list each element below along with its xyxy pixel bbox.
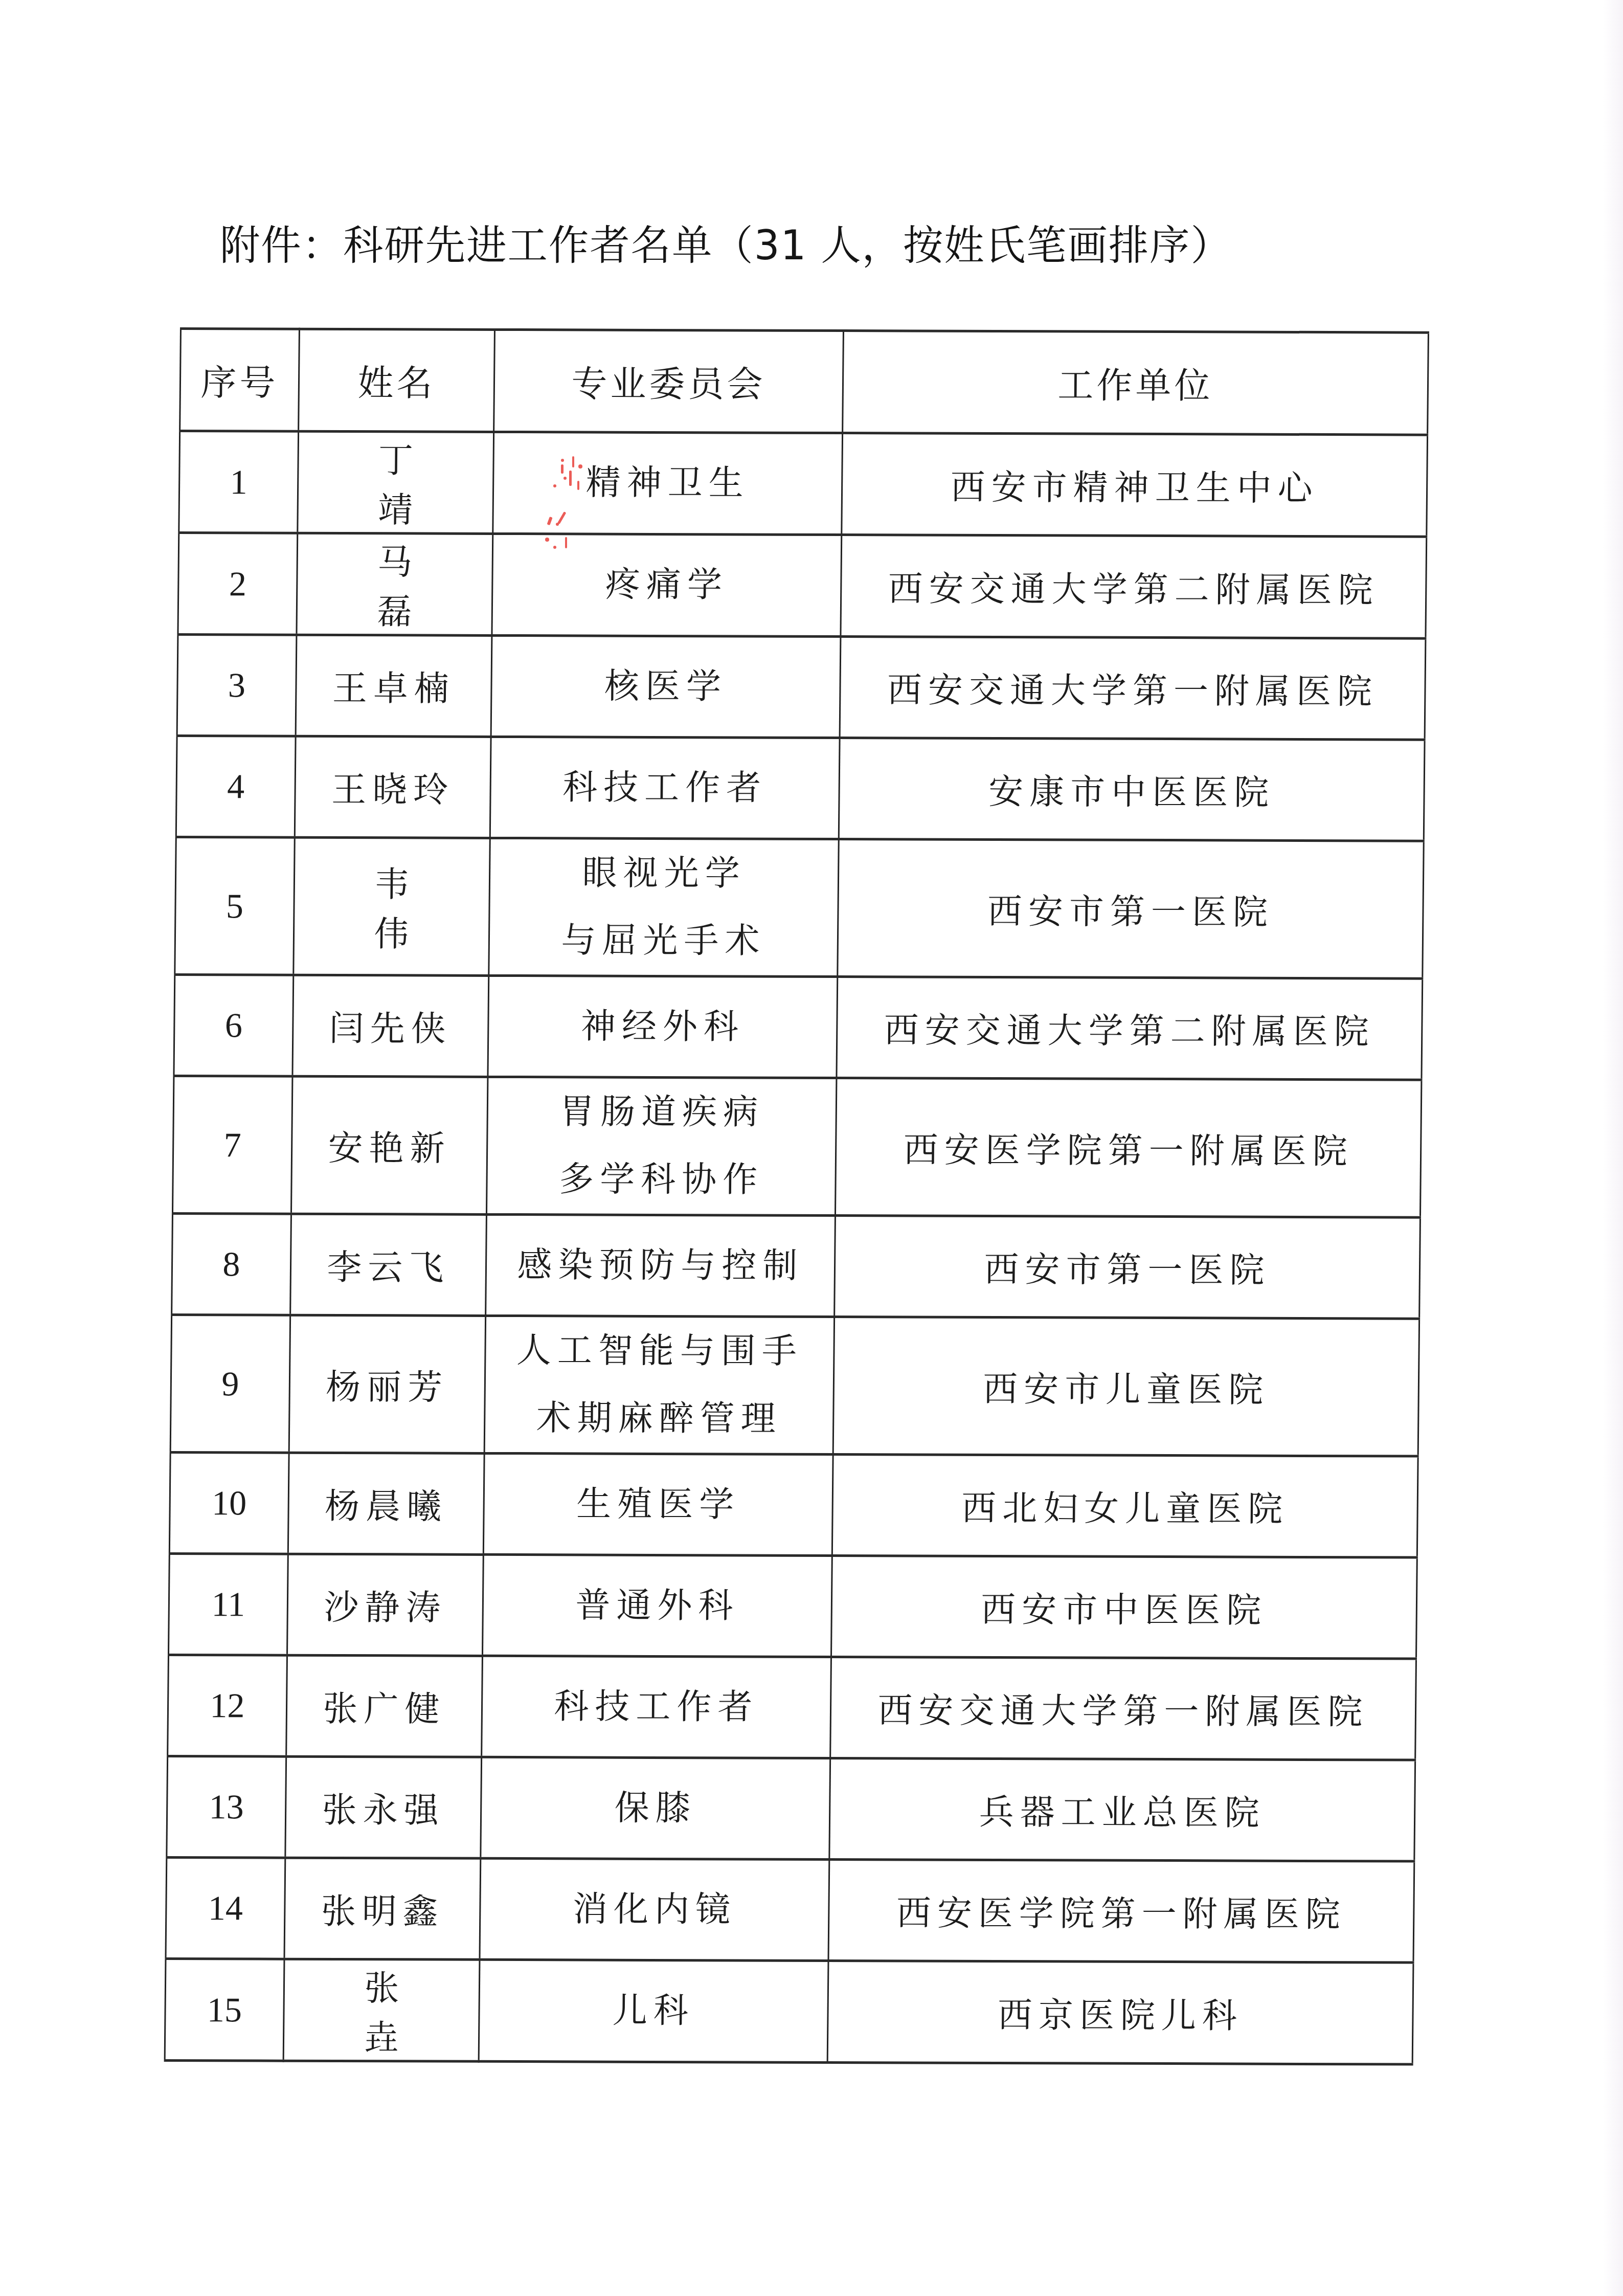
cell-unit: 安康市中医医院 (839, 738, 1425, 841)
cell-unit: 西安交通大学第一附属医院 (830, 1657, 1416, 1760)
committee-line: 术期麻醉管理 (485, 1385, 833, 1453)
cell-name: 李云飞 (290, 1214, 487, 1316)
committee-line: 人工智能与围手 (486, 1317, 833, 1386)
cell-committee: 科技工作者 (490, 737, 840, 839)
table-row: 5韦伟眼视光学与屈光手术西安市第一医院 (175, 837, 1424, 978)
cell-name: 王卓楠 (296, 635, 492, 737)
cell-committee: 保膝 (481, 1757, 830, 1859)
committee-line: 科技工作者 (482, 1673, 830, 1741)
table-row: 8李云飞感染预防与控制西安市第一医院 (172, 1213, 1421, 1319)
cell-committee: 感染预防与控制 (486, 1214, 836, 1317)
cell-name: 丁靖 (298, 431, 494, 533)
table-row: 12张广健科技工作者西安交通大学第一附属医院 (168, 1655, 1416, 1760)
cell-committee: 神经外科 (488, 975, 838, 1078)
cell-index: 6 (174, 974, 294, 1076)
table-row: 11沙静涛普通外科西安市中医医院 (168, 1553, 1417, 1659)
cell-name: 王晓玲 (295, 736, 491, 838)
table-row: 1丁靖精神卫生西安市精神卫生中心 (179, 431, 1428, 537)
table-row: 10杨晨曦生殖医学西北妇女儿童医院 (169, 1452, 1418, 1557)
committee-line: 胃肠道疾病 (488, 1078, 836, 1147)
table-row: 3王卓楠核医学西安交通大学第一附属医院 (177, 634, 1426, 740)
cell-index: 3 (177, 634, 297, 736)
table-row: 2马磊疼痛学西安交通大学第二附属医院 (178, 532, 1427, 638)
header-index: 序号 (180, 329, 300, 432)
cell-index: 2 (178, 532, 298, 635)
committee-line: 感染预防与控制 (486, 1231, 834, 1300)
committee-line: 科技工作者 (491, 753, 839, 822)
table-row: 9杨丽芳人工智能与围手术期麻醉管理西安市儿童医院 (170, 1314, 1419, 1456)
committee-line: 消化内镜 (481, 1875, 828, 1944)
committee-line: 神经外科 (489, 992, 837, 1061)
cell-unit: 西安市儿童医院 (833, 1317, 1419, 1457)
cell-name: 闫先侠 (292, 975, 489, 1077)
cell-name: 杨晨曦 (288, 1453, 484, 1554)
table-body: 1丁靖精神卫生西安市精神卫生中心2马磊疼痛学西安交通大学第二附属医院3王卓楠核医… (165, 431, 1427, 2064)
committee-line: 核医学 (492, 652, 840, 721)
table-row: 4王晓玲科技工作者安康市中医医院 (176, 735, 1425, 841)
cell-index: 13 (167, 1756, 286, 1858)
cell-committee: 儿科 (479, 1959, 828, 2062)
table-header-row: 序号 姓名 专业委员会 工作单位 (180, 329, 1429, 435)
committee-line: 多学科协作 (487, 1146, 835, 1214)
cell-name: 张永强 (285, 1756, 482, 1858)
cell-name: 张明鑫 (284, 1858, 481, 1959)
document-title: 附件：科研先进工作者名单（31 人，按姓氏笔画排序） (220, 212, 1232, 271)
cell-name: 杨丽芳 (289, 1315, 485, 1453)
cell-unit: 西京医院儿科 (827, 1960, 1413, 2064)
committee-line: 疼痛学 (493, 551, 841, 619)
cell-committee: 核医学 (491, 635, 841, 738)
cell-unit: 兵器工业总医院 (829, 1758, 1415, 1862)
cell-unit: 西安医学院第一附属医院 (828, 1860, 1414, 1963)
cell-index: 5 (175, 837, 295, 975)
committee-line: 普通外科 (483, 1571, 831, 1640)
committee-line: 与屈光手术 (489, 907, 837, 975)
award-table-container: 序号 姓名 专业委员会 工作单位 1丁靖精神卫生西安市精神卫生中心2马磊疼痛学西… (164, 327, 1428, 2066)
header-name: 姓名 (299, 329, 495, 432)
cell-committee: 人工智能与围手术期麻醉管理 (484, 1316, 834, 1454)
cell-name: 张广健 (286, 1655, 483, 1757)
table-row: 14张明鑫消化内镜西安医学院第一附属医院 (166, 1857, 1414, 1963)
cell-index: 9 (170, 1314, 290, 1453)
cell-unit: 西安交通大学第二附属医院 (837, 977, 1423, 1080)
cell-unit: 西安市精神卫生中心 (842, 433, 1428, 537)
cell-committee: 科技工作者 (482, 1656, 831, 1758)
cell-name: 张垚 (283, 1959, 480, 2061)
cell-index: 15 (165, 1958, 284, 2061)
cell-committee: 胃肠道疾病多学科协作 (486, 1077, 836, 1215)
cell-name: 马磊 (297, 533, 493, 635)
cell-index: 1 (179, 431, 299, 533)
cell-index: 14 (166, 1857, 285, 1959)
header-unit: 工作单位 (843, 331, 1429, 435)
cell-committee: 精神卫生 (493, 432, 843, 534)
committee-line: 儿科 (480, 1977, 827, 2045)
page-edge (1603, 0, 1623, 2296)
table-row: 6闫先侠神经外科西安交通大学第二附属医院 (174, 974, 1423, 1080)
cell-committee: 眼视光学与屈光手术 (489, 838, 839, 976)
cell-index: 11 (168, 1553, 288, 1655)
cell-index: 7 (172, 1076, 292, 1214)
cell-name: 安艳新 (291, 1076, 487, 1214)
cell-index: 12 (168, 1655, 287, 1756)
cell-unit: 西安交通大学第一附属医院 (840, 637, 1426, 740)
cell-unit: 西安市第一医院 (835, 1216, 1421, 1319)
cell-unit: 西安医学院第一附属医院 (835, 1078, 1421, 1218)
cell-index: 8 (172, 1213, 291, 1315)
cell-unit: 西安市中医医院 (831, 1556, 1417, 1659)
committee-line: 生殖医学 (484, 1470, 832, 1539)
cell-name: 韦伟 (294, 837, 490, 975)
committee-line: 眼视光学 (490, 839, 838, 908)
cell-unit: 西安交通大学第二附属医院 (841, 535, 1427, 639)
cell-index: 10 (169, 1452, 289, 1554)
award-table: 序号 姓名 专业委员会 工作单位 1丁靖精神卫生西安市精神卫生中心2马磊疼痛学西… (164, 327, 1429, 2066)
cell-committee: 普通外科 (482, 1554, 832, 1657)
cell-committee: 消化内镜 (480, 1858, 829, 1960)
cell-index: 4 (176, 735, 296, 837)
cell-name: 沙静涛 (287, 1554, 483, 1656)
table-row: 15张垚儿科西京医院儿科 (165, 1958, 1413, 2064)
cell-committee: 疼痛学 (492, 533, 842, 636)
table-row: 13张永强保膝兵器工业总医院 (167, 1756, 1415, 1861)
cell-committee: 生殖医学 (483, 1453, 833, 1555)
committee-line: 保膝 (482, 1774, 829, 1842)
header-committee: 专业委员会 (494, 329, 844, 433)
cell-unit: 西北妇女儿童医院 (832, 1455, 1418, 1558)
table-row: 7安艳新胃肠道疾病多学科协作西安医学院第一附属医院 (172, 1076, 1421, 1217)
committee-line: 精神卫生 (494, 449, 842, 518)
cell-unit: 西安市第一医院 (838, 839, 1424, 979)
